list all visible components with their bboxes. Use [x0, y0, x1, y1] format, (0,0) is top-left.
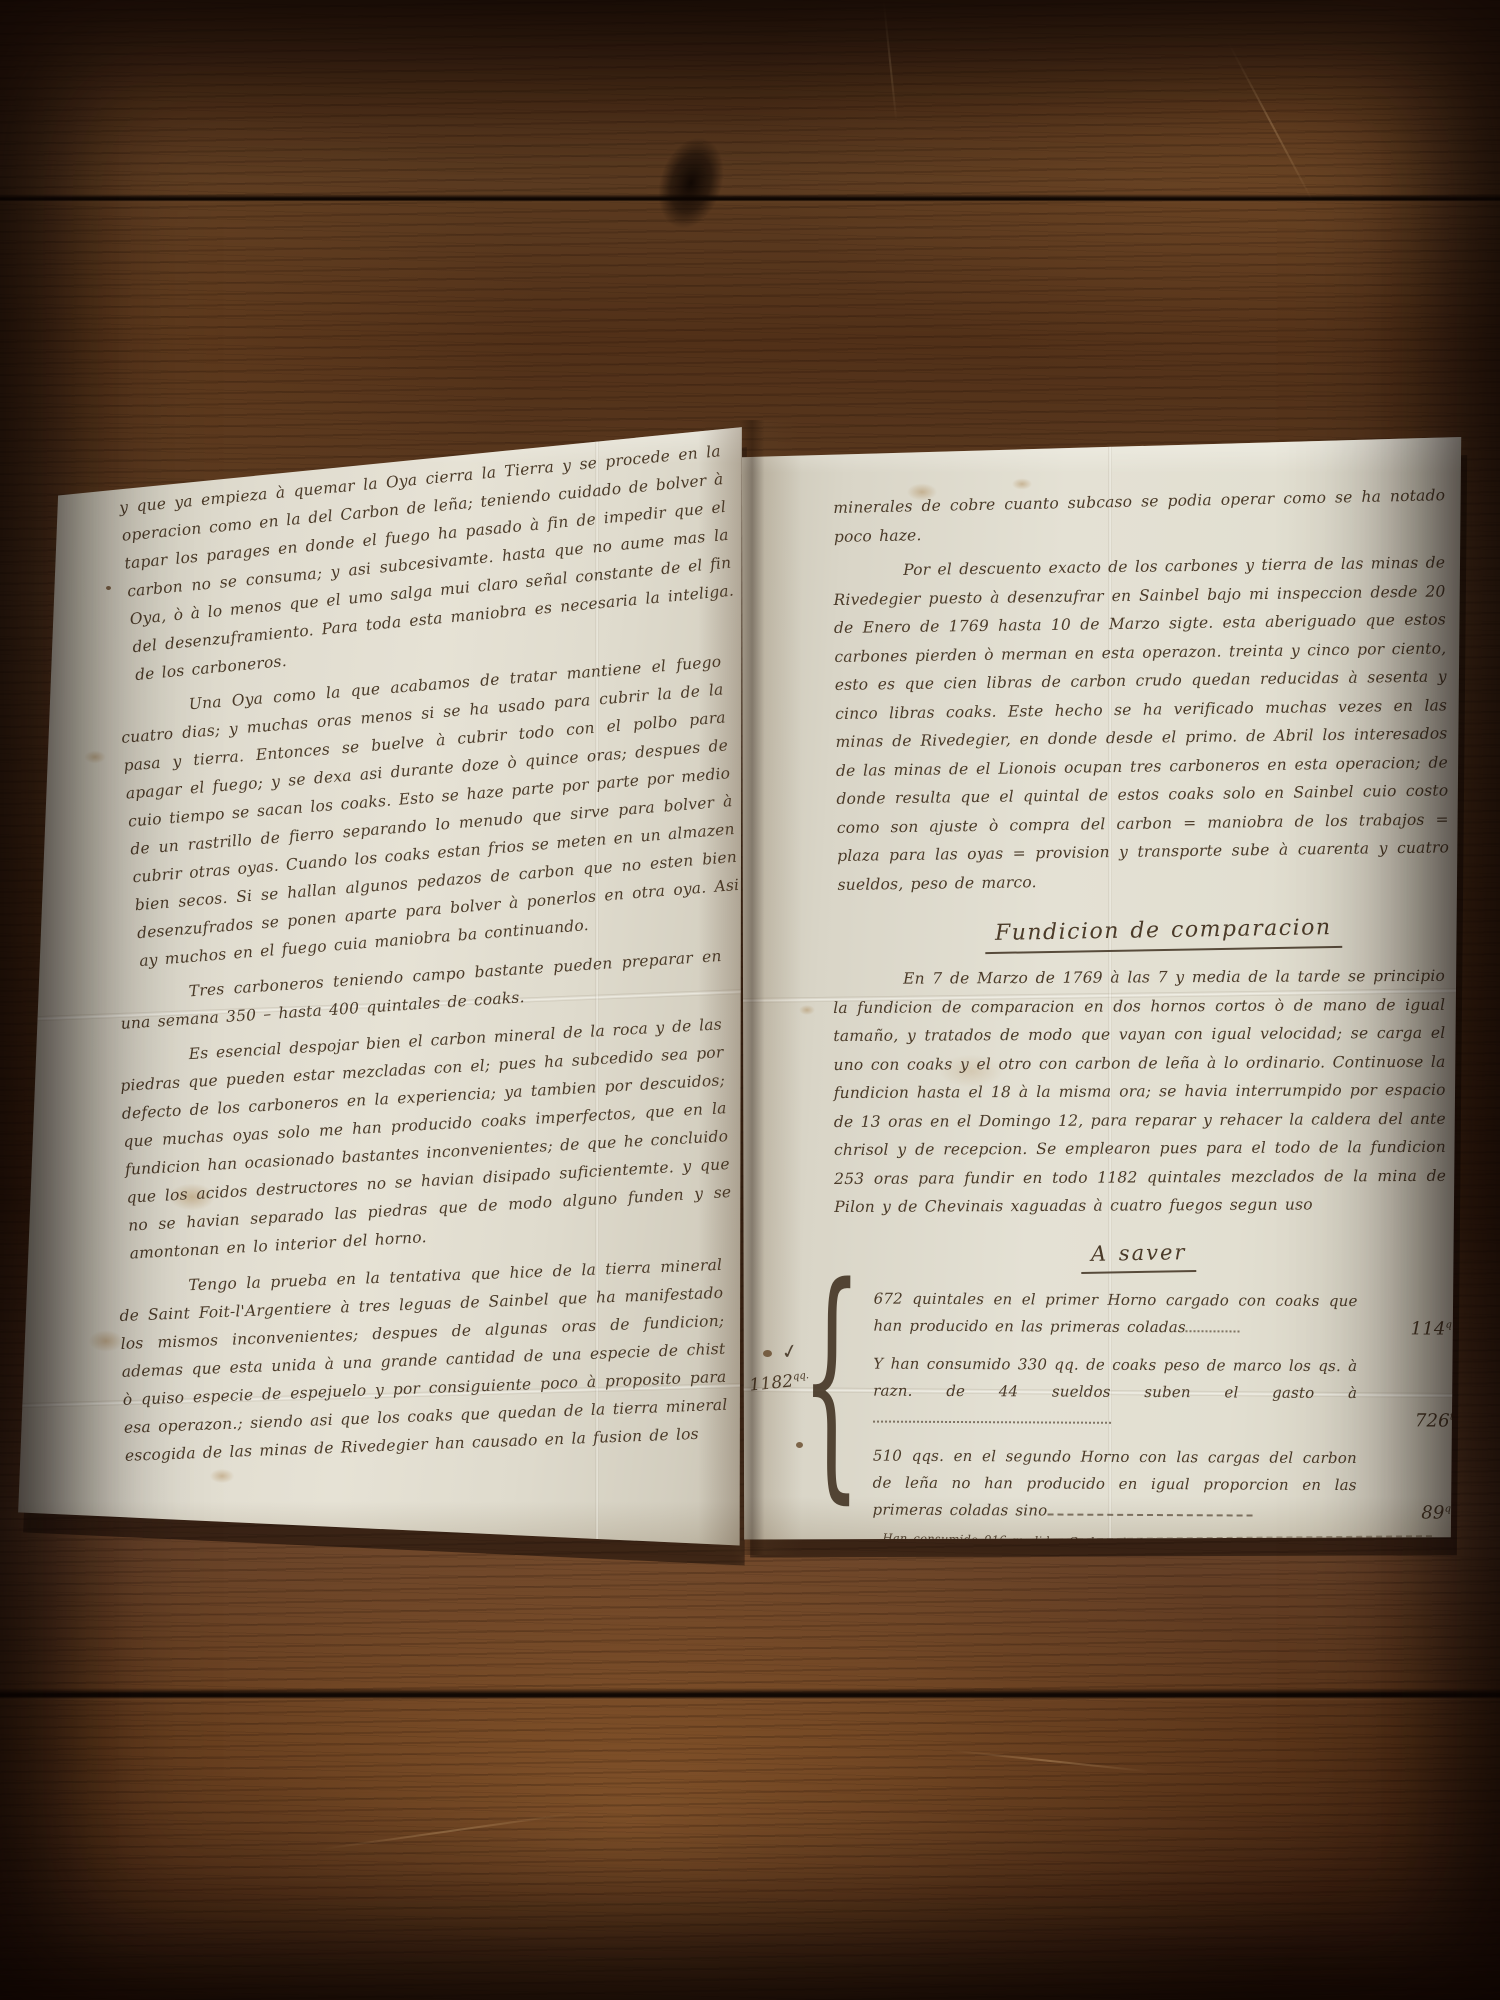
photo-of-manuscript: y que ya empieza à quemar la Oya cierra … [0, 0, 1500, 2000]
ink-speck [763, 1350, 772, 1357]
paragraph: minerales de cobre cuanto subcaso se pod… [833, 481, 1446, 551]
paragraph: Es esencial despojar bien el carbon mine… [118, 1010, 734, 1267]
ledger-row: 510 qqs. en el segundo Horno con las car… [872, 1442, 1444, 1526]
ledger-brace: { [801, 1259, 863, 1499]
paragraph: Tengo la prueba en la tentativa que hice… [118, 1251, 729, 1470]
ledger-row: Y han consumido 330 qq. de coaks peso de… [873, 1350, 1445, 1434]
right-page-text: minerales de cobre cuanto subcaso se pod… [833, 494, 1445, 1567]
manuscript-right-page: minerales de cobre cuanto subcaso se pod… [736, 428, 1476, 1553]
paragraph: Por el descuento exacto de los carbones … [833, 548, 1450, 899]
left-page-text: y que ya empieza à quemar la Oya cierra … [118, 494, 722, 1476]
section-heading-asaver: A saver [1081, 1238, 1197, 1274]
ledger-entry-text: 672 quintales en el primer Horno cargado… [873, 1289, 1357, 1336]
paragraph: Una Oya como la que acabamos de tratar m… [118, 648, 743, 976]
margin-total-unit: qq. [792, 1370, 809, 1383]
amount-value: 89 [1421, 1502, 1444, 1523]
amount-value: 114 [1411, 1318, 1446, 1339]
ledger-row: 672 quintales en el primer Horno cargado… [873, 1285, 1445, 1342]
paragraph: En 7 de Marzo de 1769 à las 7 y media de… [833, 961, 1446, 1221]
dotted-leader [873, 1405, 1111, 1423]
ledger-block: { ✓ 1182qq. 672 quintales en el primer H… [846, 1285, 1445, 1569]
ink-speck [106, 586, 111, 590]
ledger-entry-text: Y han consumido 330 qq. de coaks peso de… [873, 1354, 1357, 1402]
plank-seam-bottom [0, 1688, 1500, 1701]
dashed-leader [1047, 1498, 1252, 1516]
ledger-margin-total: 1182qq. [748, 1362, 811, 1400]
amount-value: 726 [1415, 1410, 1450, 1431]
section-heading-wrap: A saver [833, 1239, 1445, 1273]
stain [80, 748, 110, 766]
margin-total-value: 1182 [749, 1371, 795, 1395]
section-heading-fundicion: Fundicion de comparacion [984, 914, 1341, 954]
dotted-leader [1186, 1315, 1240, 1332]
manuscript-left-page: y que ya empieza à quemar la Oya cierra … [10, 418, 750, 1558]
plank-seam-top [0, 194, 1500, 203]
stain [796, 1003, 818, 1017]
section-heading-wrap: Fundicion de comparacion [881, 917, 1445, 951]
